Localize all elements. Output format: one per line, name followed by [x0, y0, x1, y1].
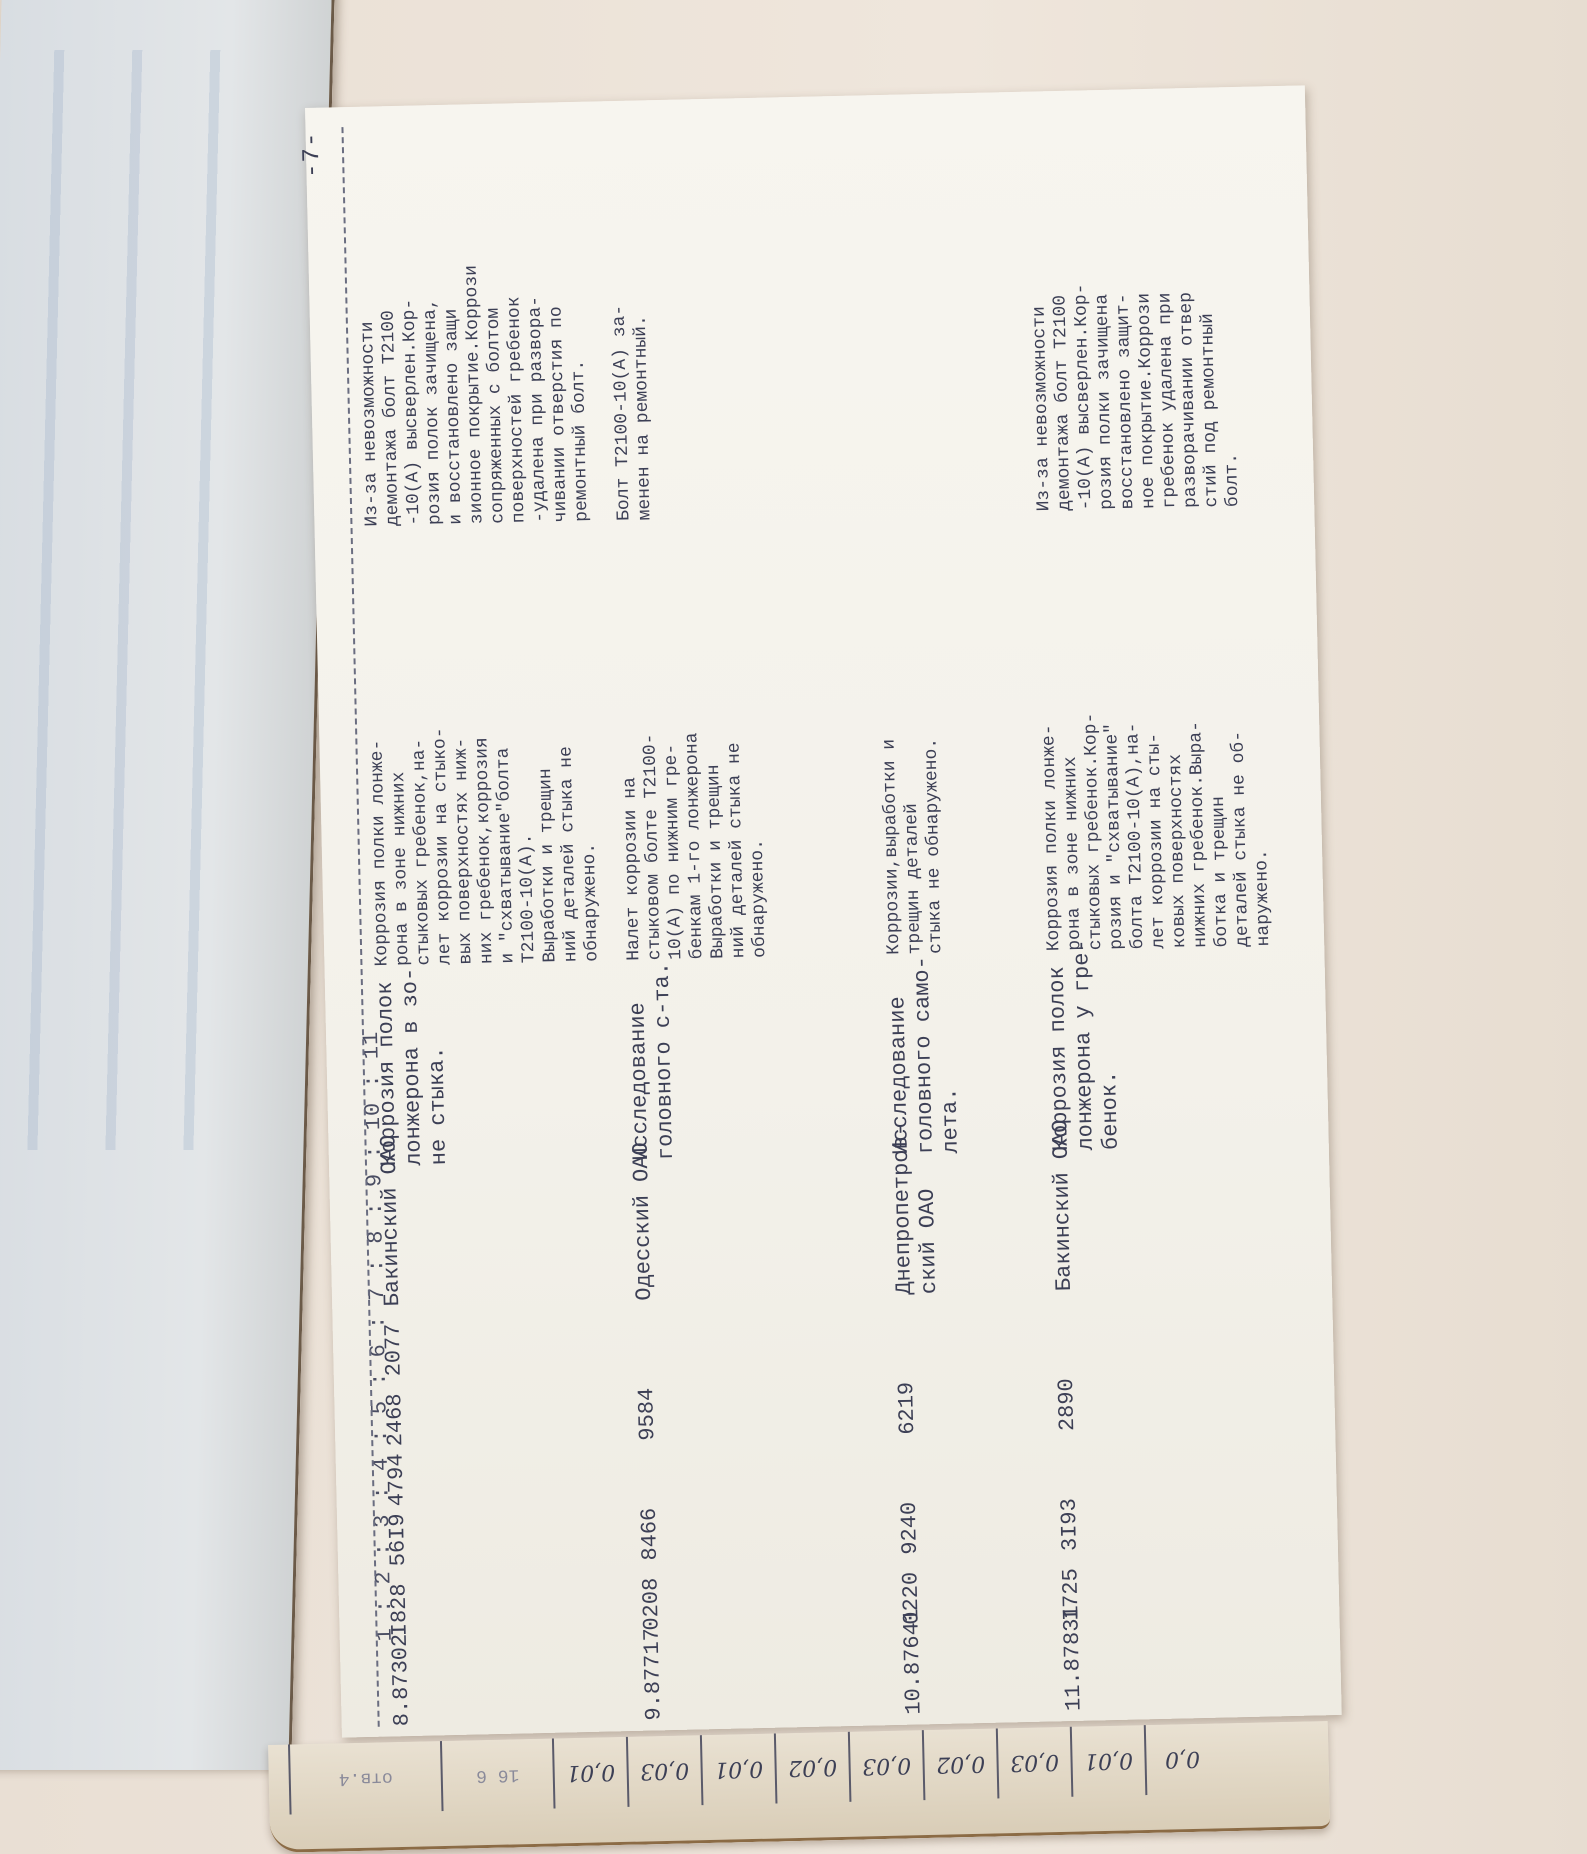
col-4-value: 8466 — [637, 1507, 663, 1560]
col-4-value: 56I9 — [385, 1513, 411, 1566]
organization: Одесский ОАО — [629, 1142, 658, 1301]
col-2-value: I725 — [1058, 1568, 1084, 1621]
reason: Коррозия полок лонжерона в зо- не стыка. — [373, 967, 452, 1167]
strip-cells: отв.416 60,010,030,010,020,030,020,030,0… — [288, 1723, 1219, 1814]
col-4-value: 3I93 — [1057, 1498, 1083, 1551]
actions: Болт Т2100-10(А) за- менен на ремонтный. — [610, 304, 657, 521]
findings: Коррозия полки лонже- рона в зоне нижних… — [1039, 709, 1275, 952]
findings: Коррозии,выработки и трещин деталей стык… — [879, 738, 947, 955]
reason: Коррозия полок лонжерона у гре- бенок. — [1044, 939, 1124, 1152]
reason: Исследование головного с-та. — [624, 962, 678, 1161]
col-6-value: 6219 — [894, 1382, 920, 1435]
col-2-value: I828 — [387, 1583, 413, 1636]
row-number: 9.87717 — [640, 1628, 667, 1721]
strip-cell: 0,03 — [996, 1727, 1072, 1799]
foldout-strip: отв.416 60,010,030,010,020,030,020,030,0… — [268, 1721, 1330, 1853]
strip-cell: 0,02 — [774, 1732, 850, 1804]
col-2-value: 0220 — [898, 1572, 924, 1625]
document-page: -7- 1 : 2 : 3 : 4 : 5 : 6 : 7 : 8 : 9 : … — [305, 85, 1342, 1737]
findings: Налет коррозии на стыковом болте Т2100- … — [619, 731, 771, 961]
bleed-through-text — [0, 50, 280, 1150]
strip-cell: 0,01 — [700, 1734, 776, 1806]
strip-cell: отв.4 — [288, 1741, 442, 1814]
actions: Из-за невозможности демонтажа болт Т2100… — [1029, 280, 1244, 512]
col-5-value: 4794 — [384, 1453, 410, 1506]
col-7-value: 2077 — [381, 1323, 407, 1376]
strip-cell: 0,01 — [552, 1737, 628, 1809]
strip-cell: 16 6 — [440, 1739, 554, 1812]
row-number: 8.87302 — [388, 1634, 415, 1727]
col-6-value: 2468 — [382, 1393, 408, 1446]
page-number: -7- — [300, 131, 326, 178]
facing-page — [0, 0, 335, 1770]
findings: Коррозия полки лонже- рона в зоне нижних… — [367, 724, 603, 967]
typewritten-sheet: -7- 1 : 2 : 3 : 4 : 5 : 6 : 7 : 8 : 9 : … — [305, 85, 1342, 1737]
col-6-value: 9584 — [634, 1387, 660, 1440]
col-6-value: 2890 — [1054, 1378, 1080, 1431]
col-2-value: 0208 — [638, 1577, 664, 1630]
reason: Исследование головного само- лета. — [884, 955, 963, 1155]
strip-cell: 0,03 — [848, 1730, 924, 1802]
actions: Из-за невозможности демонтажа болт Т2100… — [357, 262, 594, 526]
strip-cell: 0,0 — [1144, 1723, 1220, 1795]
strip-cell: 0,01 — [1070, 1725, 1146, 1797]
strip-cell: 0,02 — [922, 1728, 998, 1800]
col-4-value: 9240 — [897, 1502, 923, 1555]
strip-cell: 0,03 — [626, 1735, 702, 1807]
